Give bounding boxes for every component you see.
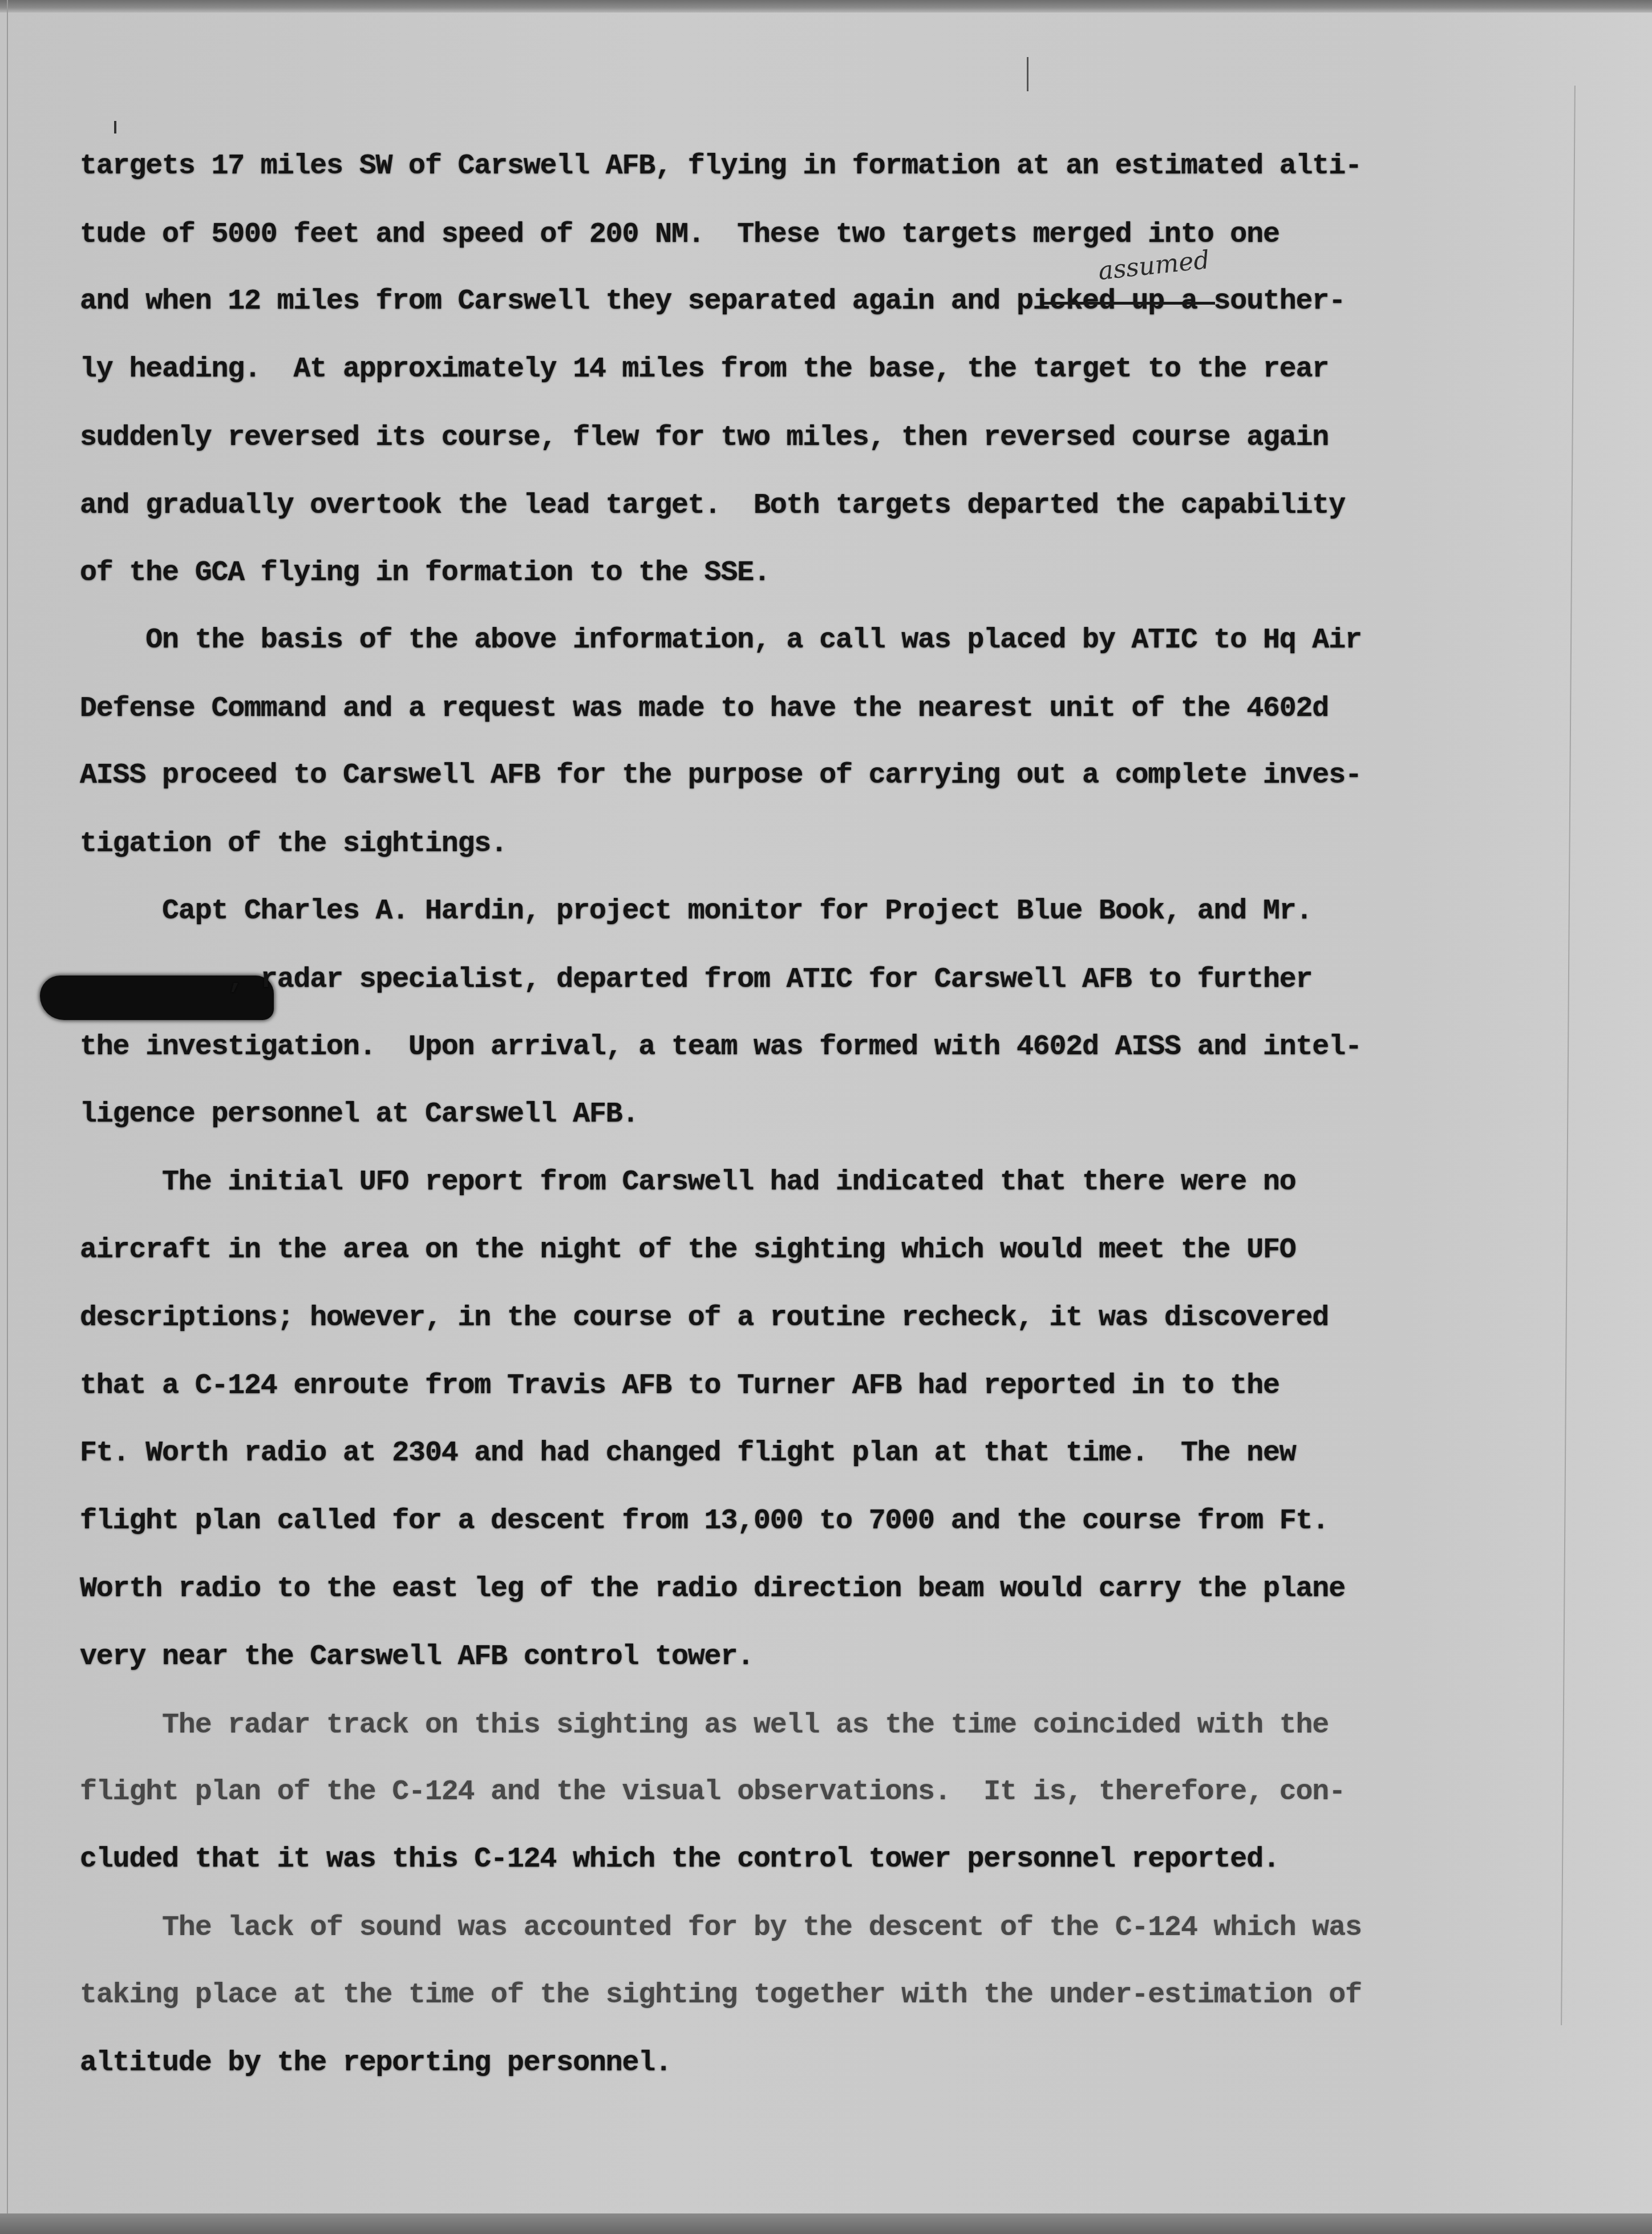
text-line: taking place at the time of the sighting… (80, 1978, 1362, 2013)
text-line: aircraft in the area on the night of the… (80, 1233, 1296, 1268)
text-line: of the GCA flying in formation to the SS… (80, 556, 770, 590)
text-line: altitude by the reporting personnel. (80, 2046, 671, 2081)
text-line: ly heading. At approximately 14 miles fr… (80, 353, 1329, 387)
text-line: targets 17 miles SW of Carswell AFB, fly… (80, 149, 1362, 184)
text-line: that a C-124 enroute from Travis AFB to … (80, 1369, 1280, 1403)
text-line: tigation of the sightings. (80, 827, 507, 861)
text-line: tude of 5000 feet and speed of 200 NM. T… (80, 218, 1280, 252)
stray-mark (1027, 57, 1029, 91)
text-line: the investigation. Upon arrival, a team … (80, 1030, 1362, 1065)
text-line: and gradually overtook the lead target. … (80, 489, 1345, 523)
text-line: AISS proceed to Carswell AFB for the pur… (80, 759, 1362, 793)
page-right-edge-line (1561, 86, 1576, 2025)
text-line: Ft. Worth radio at 2304 and had changed … (80, 1436, 1296, 1471)
text-line: Capt Charles A. Hardin, project monitor … (80, 895, 1312, 929)
text-line: very near the Carswell AFB control tower… (80, 1640, 754, 1674)
text-line: ligence personnel at Carswell AFB. (80, 1098, 638, 1132)
text-line: suddenly reversed its course, flew for t… (80, 421, 1329, 455)
text-line: flight plan of the C-124 and the visual … (80, 1775, 1345, 1810)
text-line: Defense Command and a request was made t… (80, 692, 1329, 726)
text-line: descriptions; however, in the course of … (80, 1301, 1329, 1335)
text-line: flight plan called for a descent from 13… (80, 1504, 1329, 1539)
stray-mark (114, 121, 116, 133)
text-line: The initial UFO report from Carswell had… (80, 1165, 1296, 1200)
text-line: The lack of sound was accounted for by t… (80, 1911, 1362, 1945)
handwritten-strikethrough (1044, 302, 1215, 305)
scan-bottom-shadow (0, 2213, 1652, 2234)
text-line: The radar track on this sighting as well… (80, 1709, 1329, 1743)
scan-top-shadow (0, 0, 1652, 13)
scanned-document-page: targets 17 miles SW of Carswell AFB, fly… (0, 0, 1652, 2234)
text-line: On the basis of the above information, a… (80, 624, 1362, 658)
text-line: cluded that it was this C-124 which the … (80, 1843, 1280, 1877)
text-line: , radar specialist, departed from ATIC f… (80, 963, 1312, 997)
page-left-edge (7, 0, 8, 2234)
text-line: Worth radio to the east leg of the radio… (80, 1572, 1345, 1606)
